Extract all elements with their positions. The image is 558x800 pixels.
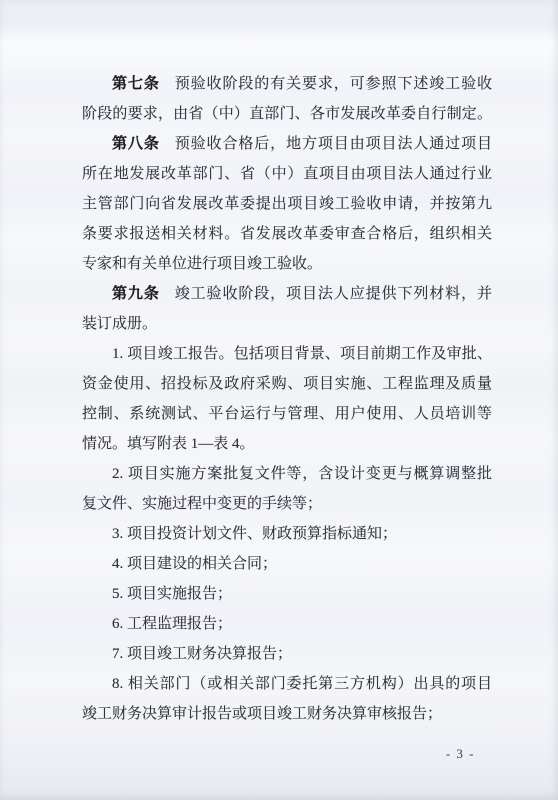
text-line: 第八条预验收合格后，地方项目由项目法人通过项目 — [82, 129, 492, 159]
text-line: 4. 项目建设的相关合同； — [82, 549, 492, 579]
text-line: 竣工财务决算审计报告或项目竣工财务决算审核报告； — [82, 699, 492, 729]
article-heading: 第八条 — [112, 136, 160, 152]
text-line: 第九条竣工验收阶段，项目法人应提供下列材料，并 — [82, 279, 492, 309]
text-line: 专家和有关单位进行项目竣工验收。 — [82, 249, 492, 279]
text-line: 7. 项目竣工财务决算报告； — [82, 639, 492, 669]
line-text: 竣工验收阶段，项目法人应提供下列材料，并 — [175, 286, 492, 302]
text-line: 情况。填写附表 1—表 4。 — [82, 429, 492, 459]
line-text: 预验收合格后，地方项目由项目法人通过项目 — [175, 136, 492, 152]
text-line: 8. 相关部门（或相关部门委托第三方机构）出具的项目 — [82, 669, 492, 699]
text-line: 条要求报送相关材料。省发展改革委审查合格后，组织相关 — [82, 219, 492, 249]
text-line: 3. 项目投资计划文件、财政预算指标通知； — [82, 519, 492, 549]
line-text: 预验收阶段的有关要求，可参照下述竣工验收 — [175, 76, 492, 92]
text-line: 1. 项目竣工报告。包括项目背景、项目前期工作及审批、 — [82, 339, 492, 369]
text-line: 2. 项目实施方案批复文件等，含设计变更与概算调整批 — [82, 459, 492, 489]
text-line: 控制、系统测试、平台运行与管理、用户使用、人员培训等 — [82, 399, 492, 429]
article-heading: 第九条 — [112, 286, 160, 302]
text-line: 阶段的要求，由省（中）直部门、各市发展改革委自行制定。 — [82, 99, 492, 129]
text-line: 装订成册。 — [82, 309, 492, 339]
text-line: 主管部门向省发展改革委提出项目竣工验收申请，并按第九 — [82, 189, 492, 219]
text-block: 第七条预验收阶段的有关要求，可参照下述竣工验收 阶段的要求，由省（中）直部门、各… — [82, 69, 492, 729]
text-line: 5. 项目实施报告； — [82, 579, 492, 609]
text-line: 6. 工程监理报告； — [82, 609, 492, 639]
text-line: 资金使用、招投标及政府采购、项目实施、工程监理及质量 — [82, 369, 492, 399]
text-line: 第七条预验收阶段的有关要求，可参照下述竣工验收 — [82, 69, 492, 99]
text-line: 复文件、实施过程中变更的手续等； — [82, 489, 492, 519]
document-page: 第七条预验收阶段的有关要求，可参照下述竣工验收 阶段的要求，由省（中）直部门、各… — [0, 0, 558, 800]
page-number: - 3 - — [446, 746, 475, 761]
article-heading: 第七条 — [112, 76, 160, 92]
text-line: 所在地发展改革部门、省（中）直项目由项目法人通过行业 — [82, 159, 492, 189]
